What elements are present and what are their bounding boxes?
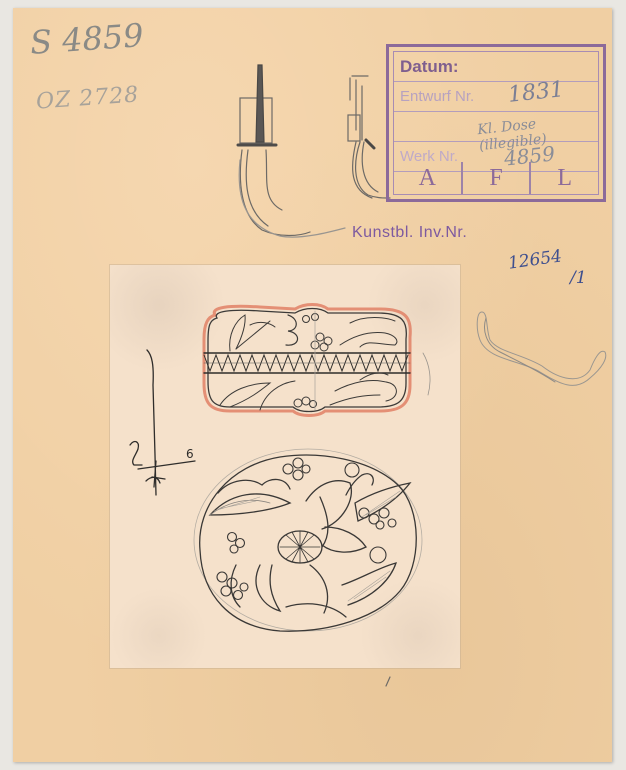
- stray-pencil-mark: [0, 0, 626, 770]
